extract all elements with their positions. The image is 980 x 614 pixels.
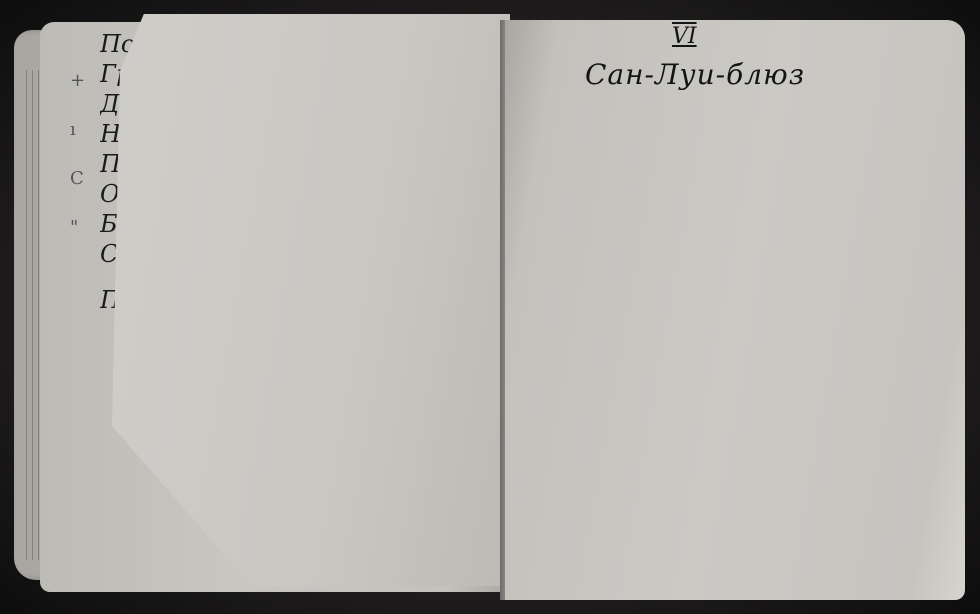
right-page [505,20,965,600]
chapter-numeral: VI [672,24,697,49]
faint-marks: +ıC" [70,70,85,238]
chapter-title: Сан-Луи-блюз [585,58,805,91]
